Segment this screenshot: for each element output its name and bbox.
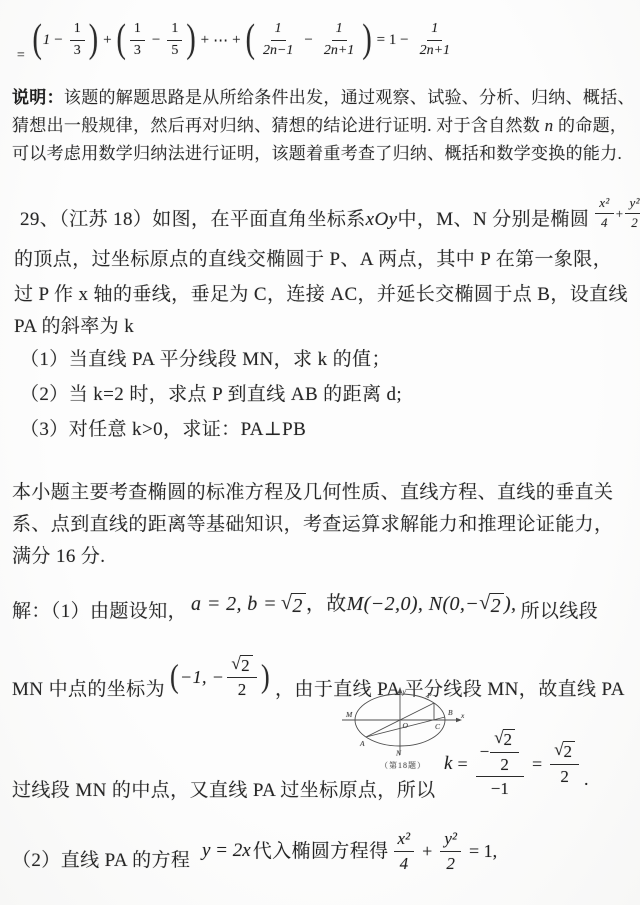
open-paren: ( (32, 20, 41, 61)
fraction-sqrt2-2: √2 2 (490, 729, 519, 774)
fraction-denominator: 4 (597, 214, 612, 231)
solution-text: 所以线段 (520, 599, 598, 624)
equals-one: = 1, (469, 841, 497, 862)
label-C: C (435, 722, 441, 731)
problem-item-2: （2）当 k=2 时，求点 P 到直线 AB 的距离 d; (20, 382, 402, 407)
comment-text: 本小题主要考查椭圆的标准方程及几何性质、直线方程、直线的垂直关 (12, 482, 613, 503)
math-text: ), (504, 592, 516, 617)
close-paren: ) (261, 661, 270, 694)
equals-op: = (457, 754, 467, 775)
label-y-axis: y (402, 687, 407, 696)
label-M: M (345, 710, 353, 719)
fraction-denominator: 2n+1 (416, 41, 454, 59)
radicand: 2 (490, 593, 504, 617)
cdots: ⋯ (213, 31, 228, 50)
fraction-numerator: − √2 2 (476, 729, 524, 777)
fraction-numerator: 1 (70, 21, 85, 40)
close-paren: ) (89, 20, 98, 61)
cn-inline: 代入椭圆方程得 (253, 839, 389, 864)
fraction-numerator: x² (394, 829, 415, 852)
label-A: A (359, 739, 365, 748)
note-paragraph-line-1: 说明：该题的解题思路是从所给条件出发，通过观察、试验、分析、归纳、概括、 (12, 86, 635, 110)
plus-op: + (232, 32, 240, 49)
fraction-denominator: 4 (396, 852, 413, 874)
note-paragraph-line-2: 猜想出一般规律，然后再对归纳、猜想的结论进行证明. 对于含自然数 n 的命题， (12, 114, 627, 138)
line-pa-equation: y = 2x (202, 840, 251, 862)
plus-op: + (616, 201, 624, 226)
minus-op: − (480, 742, 490, 762)
sqrt-2: √2 (281, 593, 306, 617)
fraction-denominator: 2 (442, 852, 459, 874)
problem-text: 的顶点，过坐标原点的直线交椭圆于 P、A 两点，其中 P 在第一象限， (14, 249, 612, 270)
sqrt-2: √2 (554, 741, 575, 762)
fraction-numerator: 1 (332, 21, 347, 40)
problem-text: 中，M、N 分别是椭圆 (397, 207, 589, 232)
term-one: 1 (43, 32, 51, 49)
k-equation: k = − √2 2 −1 = √2 2 . (444, 724, 589, 804)
telescoping-sum-formula: = ( 1 − 13 ) + ( 13 − 15 ) + ⋯ + ( 12n−1… (16, 14, 457, 66)
math-text: a = 2, b = (191, 592, 277, 617)
fraction-2n-minus-1: 12n−1 (259, 21, 297, 58)
xoy-system: xOy (366, 207, 398, 232)
radicand: 2 (503, 729, 516, 750)
fraction-numerator: 1 (167, 21, 182, 40)
problem-item-1: （1）当直线 PA 平分线段 MN，求 k 的值； (20, 347, 391, 372)
fraction-one-third: 13 (70, 21, 85, 58)
mn-pre-text: MN 中点的坐标为 (12, 677, 165, 702)
fraction-sqrt2-2: √2 2 (227, 655, 257, 700)
fraction-numerator: 1 (130, 21, 145, 40)
scanned-math-document: = ( 1 − 13 ) + ( 13 − 15 ) + ⋯ + ( 12n−1… (0, 0, 640, 905)
comment-line-1: 本小题主要考查椭圆的标准方程及几何性质、直线方程、直线的垂直关 (12, 480, 613, 505)
equals-op: = (532, 754, 542, 775)
fraction-one-fifth: 15 (167, 21, 182, 58)
ellipse-equation: x²4 + y²2 = 1 (593, 196, 640, 231)
midpoint-coordinate: ( −1, − √2 2 ) (169, 655, 271, 700)
comment-line-2: 系、点到直线的距离等基础知识，考查运算求解能力和推理论证能力， (12, 512, 613, 537)
fraction-denominator: 5 (167, 41, 182, 59)
fraction-numerator: y² (440, 829, 461, 852)
problem-line-1: 29、（江苏 18）如图，在平面直角坐标系 xOy 中，M、N 分别是椭圆 x²… (20, 196, 640, 242)
fraction-denominator: −1 (487, 777, 513, 799)
cn-inline: ，故 (306, 592, 347, 617)
fraction-numerator: 1 (427, 21, 442, 40)
minus-op: − (54, 32, 62, 49)
close-paren: ) (362, 20, 371, 61)
fraction-numerator: 1 (271, 21, 286, 40)
var-k: k (444, 753, 452, 775)
solution-line-1: 解：（1）由题设知， a = 2, b = √2 ，故 M(−2,0), N(0… (12, 582, 598, 624)
fraction-denominator: 2 (496, 753, 513, 775)
minus-op: − (152, 32, 160, 49)
sqrt-2: √2 (494, 729, 515, 750)
minus-op: − (304, 32, 312, 49)
coord-values: −1, − (180, 665, 224, 690)
plus-op: + (422, 841, 432, 862)
close-paren: ) (186, 20, 195, 61)
fraction-denominator: 2 (234, 678, 251, 700)
fraction-denominator: 2 (556, 765, 573, 787)
period: . (584, 769, 589, 790)
k-sentence-text: 过线段 MN 的中点，又直线 PA 过坐标原点，所以 (12, 778, 436, 803)
item-text: （1）当直线 PA 平分线段 MN，求 k 的值； (20, 349, 391, 370)
fraction-result: 12n+1 (416, 21, 454, 58)
label-P: P (426, 691, 432, 700)
problem-line-4: PA 的斜率为 k (14, 314, 134, 339)
note-text: 该题的解题思路是从所给条件出发，通过观察、试验、分析、归纳、概括、 (64, 88, 635, 107)
problem-line-3: 过 P 作 x 轴的垂线，垂足为 C，连接 AC，并延长交椭圆于点 B，设直线 (14, 282, 628, 307)
fraction-x2-4: x²4 (595, 196, 613, 231)
fraction-numerator: √2 (490, 729, 519, 753)
fraction-y2-2: y²2 (625, 196, 640, 231)
open-paren: ( (170, 661, 179, 694)
item-text: （2）当 k=2 时，求点 P 到直线 AB 的距离 d; (20, 384, 402, 405)
fraction-denominator: 2n−1 (259, 41, 297, 59)
part2-label-text: （2）直线 PA 的方程 (12, 848, 190, 873)
radicand: 2 (563, 741, 576, 762)
fraction-2n-plus-1: 12n+1 (320, 21, 358, 58)
note-text: 猜想出一般规律，然后再对归纳、猜想的结论进行证明. 对于含自然数 (12, 116, 545, 135)
fraction-y2-2: y²2 (440, 829, 461, 873)
k-pre-text: 过线段 MN 的中点，又直线 PA 过坐标原点，所以 (12, 780, 436, 801)
math-text: M(−2,0), N(0,− (347, 592, 480, 617)
ab-values-math: a = 2, b = √2 ，故 M(−2,0), N(0,− √2 ), (191, 592, 516, 617)
result-prefix: = 1 − (377, 32, 409, 49)
problem-item-3: （3）对任意 k>0，求证：PA⊥PB (20, 417, 306, 442)
fraction-one-third: 13 (130, 21, 145, 58)
fraction-denominator: 3 (70, 41, 85, 59)
comment-line-3: 满分 16 分. (12, 544, 105, 569)
fraction-denominator: 2n+1 (320, 41, 358, 59)
fraction-denominator: 3 (130, 41, 145, 59)
label-x-axis: x (460, 711, 465, 720)
problem-text: 过 P 作 x 轴的垂线，垂足为 C，连接 AC，并延长交椭圆于点 B，设直线 (14, 284, 628, 305)
plus-op: + (103, 32, 111, 49)
fraction-denominator: 2 (627, 214, 640, 231)
fraction-numerator: √2 (550, 741, 579, 765)
radicand: 2 (291, 593, 305, 617)
sqrt-2: √2 (479, 593, 504, 617)
label-O: O (403, 721, 409, 730)
note-text: 可以考虑用数学归纳法进行证明，该题着重考查了归纳、概括和数学变换的能力. (12, 144, 622, 163)
fraction-result-sqrt2-2: √2 2 (550, 741, 579, 786)
label-N: N (395, 749, 402, 758)
open-paren: ( (246, 20, 255, 61)
problem-text: PA 的斜率为 k (14, 316, 134, 337)
part2-pre-text: （2）直线 PA 的方程 (12, 850, 190, 871)
fraction-numerator: y² (625, 196, 640, 214)
fraction-x2-4: x²4 (394, 829, 415, 873)
equals-low: = (16, 48, 25, 64)
mn-midpoint-line: MN 中点的坐标为 ( −1, − √2 2 ) ，由于直线 PA 平分线段 M… (12, 642, 625, 702)
sqrt-2: √2 (231, 655, 253, 676)
label-B: B (448, 708, 453, 717)
note-label: 说明： (12, 88, 64, 107)
radicand: 2 (240, 655, 253, 676)
fraction-numerator: √2 (227, 655, 257, 679)
comment-text: 系、点到直线的距离等基础知识，考查运算求解能力和推理论证能力， (12, 514, 613, 535)
plus-op: + (201, 32, 209, 49)
solution-label: 解：（1）由题设知， (12, 599, 187, 624)
note-paragraph-line-3: 可以考虑用数学归纳法进行证明，该题着重考查了归纳、概括和数学变换的能力. (12, 142, 622, 166)
problem-line-2: 的顶点，过坐标原点的直线交椭圆于 P、A 两点，其中 P 在第一象限， (14, 247, 612, 272)
note-text: 的命题， (553, 116, 627, 135)
problem-text: 29、（江苏 18）如图，在平面直角坐标系 (20, 207, 366, 232)
big-fraction: − √2 2 −1 (476, 729, 524, 799)
comment-text: 满分 16 分. (12, 546, 105, 567)
fraction-numerator: x² (595, 196, 613, 214)
item-text: （3）对任意 k>0，求证：PA⊥PB (20, 419, 306, 440)
open-paren: ( (117, 20, 126, 61)
substitution-equation: y = 2x 代入椭圆方程得 x²4 + y²2 = 1, (202, 820, 502, 882)
